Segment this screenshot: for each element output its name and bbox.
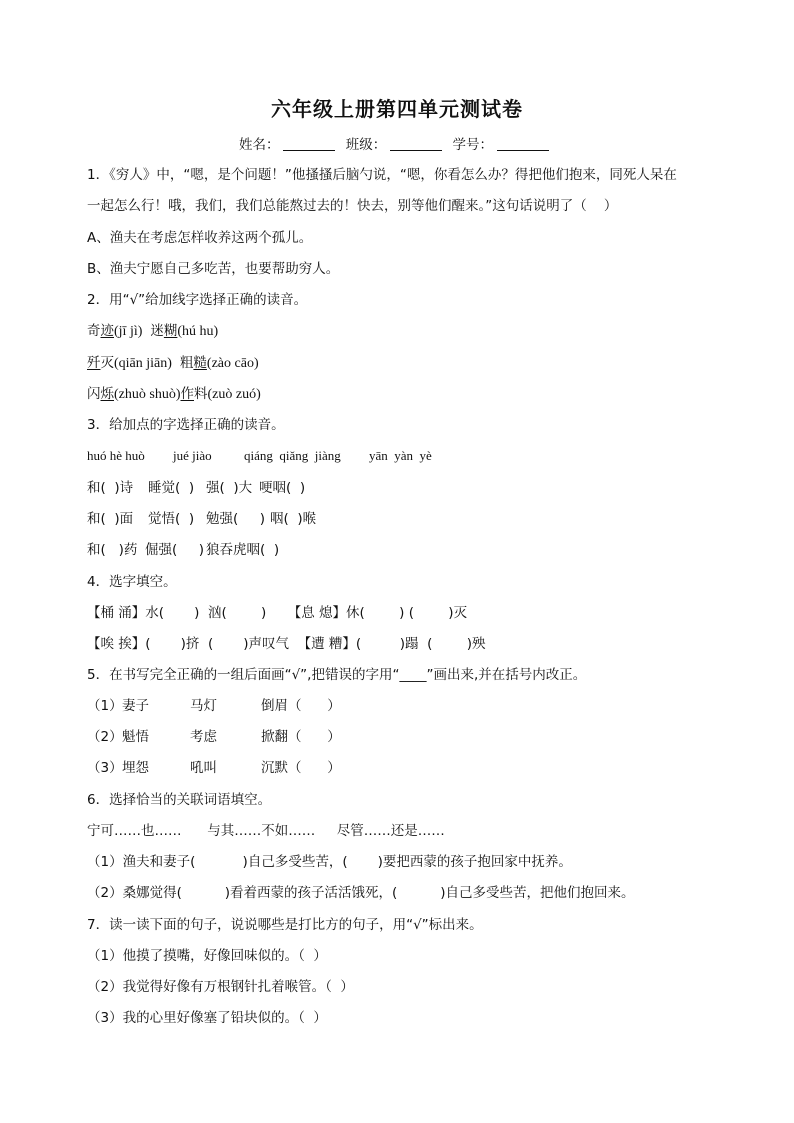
q3-item: 哽咽( ) [259, 479, 305, 497]
q7-sentence-1: （1）他摸了摸嘴，好像回味似的。（ ） [87, 947, 327, 965]
q7-prompt: 7．读一读下面的句子，说说哪些是打比方的句子，用“√”标出来。 [87, 916, 483, 934]
q4-row-2: 【唉 挨】( )挤 ( )声叹气 【遭 糟】( )蹋 ( )殃 [87, 635, 486, 653]
q5-word: 埋怨 [122, 759, 149, 777]
q5-num: （3） [87, 759, 123, 777]
q3-item: 勉强( ) [206, 510, 265, 528]
q3-item: 倔强( ) [145, 541, 204, 559]
pinyin-choices: (jī jì) [114, 324, 142, 339]
q3-item: 睡觉( ) [148, 479, 194, 497]
q5-word: 考虑 [190, 728, 217, 746]
q5-word: 掀翻（ ） [261, 728, 341, 746]
id-label: 学号： [453, 137, 494, 153]
name-label: 姓名： [239, 137, 280, 153]
pinyin-group: qiáng qiǎng jiàng [244, 447, 341, 465]
q3-item: 和( )面 [87, 510, 133, 528]
q2-word-text: 料 [194, 386, 208, 402]
q2-row-1: 奇迹(jī jì)迷糊(hú hu) [87, 322, 218, 341]
q6-prompt: 6．选择恰当的关联词语填空。 [87, 791, 271, 809]
student-info-line: 姓名： 班级： 学号： [0, 133, 794, 153]
q2-prompt: 2．用“√”给加线字选择正确的读音。 [87, 291, 307, 309]
underlined-char: 糙 [193, 355, 207, 371]
q1-option-a: A、渔夫在考虑怎样收养这两个孤儿。 [87, 229, 312, 247]
underlined-char: 迹 [101, 323, 115, 339]
underlined-char: 歼 [87, 355, 101, 371]
q2-word-text: 灭 [101, 355, 115, 371]
name-blank[interactable] [283, 150, 335, 151]
q2-row-2: 歼灭(qiān jiān)粗糙(zào cāo) [87, 354, 259, 373]
q2-word-text: 粗 [180, 355, 194, 371]
q3-item: 和( )药 [87, 541, 137, 559]
q6-sentence-2: （2）桑娜觉得( )看着西蒙的孩子活活饿死，( )自己多受些苦，把他们抱回来。 [87, 884, 634, 902]
q5-word: 魁悟 [122, 728, 149, 746]
q5-word: 马灯 [190, 697, 217, 715]
q2-word-text: 迷 [150, 323, 164, 339]
pinyin-choices: (zhuò shuò) [114, 387, 181, 402]
underlined-char: 糊 [164, 323, 178, 339]
pinyin-choices: (qiān jiān) [114, 356, 172, 371]
q5-word: 妻子 [122, 697, 149, 715]
q5-num: （2） [87, 728, 123, 746]
q3-prompt: 3．给加点的字选择正确的读音。 [87, 416, 285, 434]
page-title: 六年级上册第四单元测试卷 [0, 93, 794, 122]
q3-item: 狼吞虎咽( ) [206, 541, 279, 559]
q1-line2: 一起怎么行！哦，我们，我们总能熬过去的！快去，别等他们醒来。”这句话说明了（ ） [87, 197, 617, 215]
exam-page: 六年级上册第四单元测试卷 姓名： 班级： 学号： 1．《穷人》中，“嗯，是个问题… [0, 0, 794, 1123]
class-blank[interactable] [390, 150, 442, 151]
pinyin-choices: (zào cāo) [207, 356, 259, 371]
q2-word-text: 闪 [87, 386, 101, 402]
pinyin-group: jué jiào [173, 447, 212, 465]
underlined-char: 烁 [101, 386, 115, 402]
q5-num: （1） [87, 697, 123, 715]
q5-word: 吼叫 [190, 759, 217, 777]
q2-word-text: 奇 [87, 323, 101, 339]
q3-item: 觉悟( ) [148, 510, 194, 528]
class-label: 班级： [346, 137, 387, 153]
pinyin-group: huó hè huò [87, 447, 145, 465]
underlined-char: 作 [181, 386, 195, 402]
q5-prompt: 5．在书写完全正确的一组后面画“√”,把错误的字用“____”画出来,并在括号内… [87, 666, 586, 684]
q4-row-1: 【桶 涌】水( ) 汹( ) 【息 熄】休( ) ( )灭 [87, 604, 467, 622]
q5-word: 沉默（ ） [261, 759, 341, 777]
q6-options: 宁可……也…… 与其……不如…… 尽管……还是…… [87, 822, 445, 840]
q1-line1: 1．《穷人》中，“嗯，是个问题！”他搔搔后脑勺说，“嗯，你看怎么办？得把他们抱来… [87, 166, 677, 184]
q2-row-3: 闪烁(zhuò shuò)作料(zuò zuó) [87, 385, 261, 404]
id-blank[interactable] [497, 150, 549, 151]
q1-option-b: B、渔夫宁愿自己多吃苦，也要帮助穷人。 [87, 260, 339, 278]
q7-sentence-3: （3）我的心里好像塞了铅块似的。（ ） [87, 1009, 327, 1027]
q7-sentence-2: （2）我觉得好像有万根钢针扎着喉管。（ ） [87, 978, 354, 996]
q3-item: 强( )大 [206, 479, 252, 497]
pinyin-choices: (hú hu) [177, 324, 218, 339]
q3-item: 咽( )喉 [270, 510, 316, 528]
q4-prompt: 4．选字填空。 [87, 573, 177, 591]
q6-sentence-1: （1）渔夫和妻子( )自己多受些苦，( )要把西蒙的孩子抱回家中抚养。 [87, 853, 572, 871]
q5-word: 倒眉（ ） [261, 697, 341, 715]
pinyin-choices: (zuò zuó) [208, 387, 261, 402]
q3-item: 和( )诗 [87, 479, 133, 497]
pinyin-group: yān yàn yè [369, 447, 432, 465]
